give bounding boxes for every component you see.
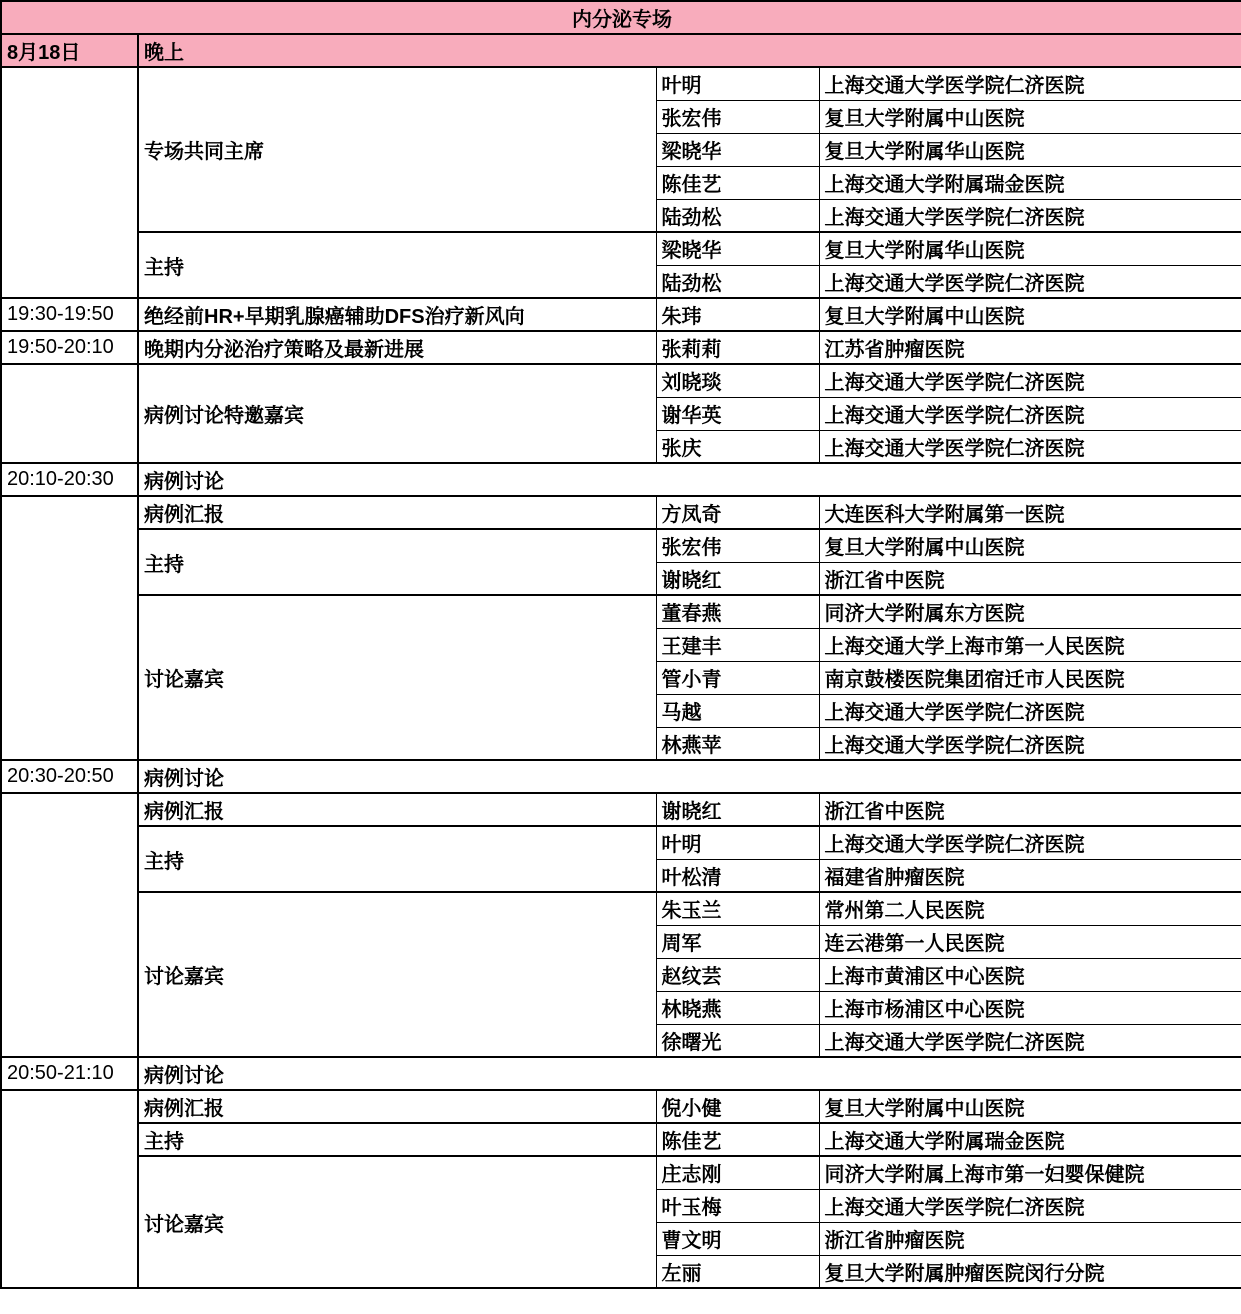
time-empty-cell: [1, 1090, 138, 1288]
schedule-header: 内分泌专场 8月18日 晚上: [1, 1, 1241, 67]
hospital-cell: 上海交通大学医学院仁济医院: [819, 397, 1241, 430]
speaker-name-cell: 周军: [656, 925, 819, 958]
speaker-name-cell: 陆劲松: [656, 199, 819, 232]
hospital-cell: 江苏省肿瘤医院: [819, 331, 1241, 364]
hospital-cell: 常州第二人民医院: [819, 892, 1241, 925]
session-title: 内分泌专场: [1, 1, 1241, 34]
hospital-cell: 上海交通大学医学院仁济医院: [819, 67, 1241, 100]
speaker-name-cell: 张庆: [656, 430, 819, 463]
table-row: 20:10-20:30病例讨论: [1, 463, 1241, 496]
speaker-name-cell: 张莉莉: [656, 331, 819, 364]
speaker-name-cell: 叶玉梅: [656, 1189, 819, 1222]
hospital-cell: 复旦大学附属华山医院: [819, 232, 1241, 265]
speaker-name-cell: 张宏伟: [656, 529, 819, 562]
hospital-cell: 上海交通大学医学院仁济医院: [819, 727, 1241, 760]
speaker-name-cell: 梁晓华: [656, 232, 819, 265]
table-row: 19:30-19:50绝经前HR+早期乳腺癌辅助DFS治疗新风向朱玮复旦大学附属…: [1, 298, 1241, 331]
table-row: 讨论嘉宾庄志刚同济大学附属上海市第一妇婴保健院: [1, 1156, 1241, 1189]
speaker-name-cell: 左丽: [656, 1255, 819, 1288]
speaker-name-cell: 张宏伟: [656, 100, 819, 133]
role-cell: 病例汇报: [138, 1090, 656, 1123]
speaker-name-cell: 赵纹芸: [656, 958, 819, 991]
role-cell: 病例讨论特邀嘉宾: [138, 364, 656, 463]
hospital-cell: 上海交通大学医学院仁济医院: [819, 1024, 1241, 1057]
table-row: 病例汇报方凤奇大连医科大学附属第一医院: [1, 496, 1241, 529]
hospital-cell: 浙江省肿瘤医院: [819, 1222, 1241, 1255]
hospital-cell: 上海交通大学附属瑞金医院: [819, 166, 1241, 199]
schedule-body: 专场共同主席叶明上海交通大学医学院仁济医院张宏伟复旦大学附属中山医院梁晓华复旦大…: [1, 67, 1241, 1288]
hospital-cell: 复旦大学附属中山医院: [819, 298, 1241, 331]
speaker-name-cell: 王建丰: [656, 628, 819, 661]
speaker-name-cell: 马越: [656, 694, 819, 727]
speaker-name-cell: 朱玮: [656, 298, 819, 331]
hospital-cell: 上海市黄浦区中心医院: [819, 958, 1241, 991]
speaker-name-cell: 陈佳艺: [656, 166, 819, 199]
time-cell: 20:50-21:10: [1, 1057, 138, 1090]
time-of-day-cell: 晚上: [138, 34, 1241, 67]
table-row: 主持张宏伟复旦大学附属中山医院: [1, 529, 1241, 562]
speaker-name-cell: 管小青: [656, 661, 819, 694]
table-row: 主持梁晓华复旦大学附属华山医院: [1, 232, 1241, 265]
role-cell: 主持: [138, 826, 656, 892]
hospital-cell: 复旦大学附属中山医院: [819, 1090, 1241, 1123]
hospital-cell: 复旦大学附属华山医院: [819, 133, 1241, 166]
table-row: 病例讨论特邀嘉宾刘晓琰上海交通大学医学院仁济医院: [1, 364, 1241, 397]
hospital-cell: 同济大学附属上海市第一妇婴保健院: [819, 1156, 1241, 1189]
hospital-cell: 浙江省中医院: [819, 793, 1241, 826]
speaker-name-cell: 谢晓红: [656, 793, 819, 826]
role-cell: 主持: [138, 232, 656, 298]
hospital-cell: 上海交通大学附属瑞金医院: [819, 1123, 1241, 1156]
speaker-name-cell: 刘晓琰: [656, 364, 819, 397]
speaker-name-cell: 方凤奇: [656, 496, 819, 529]
hospital-cell: 复旦大学附属肿瘤医院闵行分院: [819, 1255, 1241, 1288]
speaker-name-cell: 叶明: [656, 826, 819, 859]
speaker-name-cell: 林燕苹: [656, 727, 819, 760]
hospital-cell: 复旦大学附属中山医院: [819, 529, 1241, 562]
title-row: 内分泌专场: [1, 1, 1241, 34]
role-cell: 讨论嘉宾: [138, 892, 656, 1057]
hospital-cell: 上海交通大学上海市第一人民医院: [819, 628, 1241, 661]
table-row: 专场共同主席叶明上海交通大学医学院仁济医院: [1, 67, 1241, 100]
speaker-name-cell: 徐曙光: [656, 1024, 819, 1057]
speaker-name-cell: 庄志刚: [656, 1156, 819, 1189]
speaker-name-cell: 董春燕: [656, 595, 819, 628]
hospital-cell: 上海交通大学医学院仁济医院: [819, 826, 1241, 859]
time-empty-cell: [1, 496, 138, 760]
table-row: 讨论嘉宾董春燕同济大学附属东方医院: [1, 595, 1241, 628]
role-cell: 主持: [138, 529, 656, 595]
time-empty-cell: [1, 67, 138, 298]
table-row: 19:50-20:10晚期内分泌治疗策略及最新进展张莉莉江苏省肿瘤医院: [1, 331, 1241, 364]
time-cell: 20:30-20:50: [1, 760, 138, 793]
time-cell: 20:10-20:30: [1, 463, 138, 496]
role-cell: 讨论嘉宾: [138, 1156, 656, 1288]
hospital-cell: 同济大学附属东方医院: [819, 595, 1241, 628]
speaker-name-cell: 陈佳艺: [656, 1123, 819, 1156]
table-row: 主持陈佳艺上海交通大学附属瑞金医院: [1, 1123, 1241, 1156]
hospital-cell: 大连医科大学附属第一医院: [819, 496, 1241, 529]
talk-title-cell: 绝经前HR+早期乳腺癌辅助DFS治疗新风向: [138, 298, 656, 331]
date-cell: 8月18日: [1, 34, 138, 67]
table-row: 病例汇报谢晓红浙江省中医院: [1, 793, 1241, 826]
schedule-table: 内分泌专场 8月18日 晚上 专场共同主席叶明上海交通大学医学院仁济医院张宏伟复…: [0, 0, 1241, 1289]
hospital-cell: 上海交通大学医学院仁济医院: [819, 694, 1241, 727]
time-cell: 19:30-19:50: [1, 298, 138, 331]
role-cell: 病例汇报: [138, 496, 656, 529]
conference-schedule-page: 内分泌专场 8月18日 晚上 专场共同主席叶明上海交通大学医学院仁济医院张宏伟复…: [0, 0, 1241, 1314]
talk-title-cell: 晚期内分泌治疗策略及最新进展: [138, 331, 656, 364]
time-empty-cell: [1, 793, 138, 1057]
hospital-cell: 上海交通大学医学院仁济医院: [819, 1189, 1241, 1222]
table-row: 讨论嘉宾朱玉兰常州第二人民医院: [1, 892, 1241, 925]
table-row: 20:50-21:10病例讨论: [1, 1057, 1241, 1090]
speaker-name-cell: 梁晓华: [656, 133, 819, 166]
speaker-name-cell: 叶明: [656, 67, 819, 100]
speaker-name-cell: 谢华英: [656, 397, 819, 430]
table-row: 20:30-20:50病例讨论: [1, 760, 1241, 793]
hospital-cell: 上海交通大学医学院仁济医院: [819, 364, 1241, 397]
role-cell: 讨论嘉宾: [138, 595, 656, 760]
hospital-cell: 福建省肿瘤医院: [819, 859, 1241, 892]
hospital-cell: 上海交通大学医学院仁济医院: [819, 265, 1241, 298]
hospital-cell: 上海交通大学医学院仁济医院: [819, 199, 1241, 232]
section-title-cell: 病例讨论: [138, 760, 1241, 793]
table-row: 病例汇报倪小健复旦大学附属中山医院: [1, 1090, 1241, 1123]
speaker-name-cell: 谢晓红: [656, 562, 819, 595]
speaker-name-cell: 林晓燕: [656, 991, 819, 1024]
speaker-name-cell: 倪小健: [656, 1090, 819, 1123]
time-empty-cell: [1, 364, 138, 463]
role-cell: 专场共同主席: [138, 67, 656, 232]
speaker-name-cell: 陆劲松: [656, 265, 819, 298]
speaker-name-cell: 朱玉兰: [656, 892, 819, 925]
hospital-cell: 上海交通大学医学院仁济医院: [819, 430, 1241, 463]
time-cell: 19:50-20:10: [1, 331, 138, 364]
hospital-cell: 复旦大学附属中山医院: [819, 100, 1241, 133]
speaker-name-cell: 曹文明: [656, 1222, 819, 1255]
role-cell: 病例汇报: [138, 793, 656, 826]
speaker-name-cell: 叶松清: [656, 859, 819, 892]
section-title-cell: 病例讨论: [138, 1057, 1241, 1090]
hospital-cell: 南京鼓楼医院集团宿迁市人民医院: [819, 661, 1241, 694]
hospital-cell: 浙江省中医院: [819, 562, 1241, 595]
section-title-cell: 病例讨论: [138, 463, 1241, 496]
role-cell: 主持: [138, 1123, 656, 1156]
date-row: 8月18日 晚上: [1, 34, 1241, 67]
hospital-cell: 上海市杨浦区中心医院: [819, 991, 1241, 1024]
hospital-cell: 连云港第一人民医院: [819, 925, 1241, 958]
table-row: 主持叶明上海交通大学医学院仁济医院: [1, 826, 1241, 859]
